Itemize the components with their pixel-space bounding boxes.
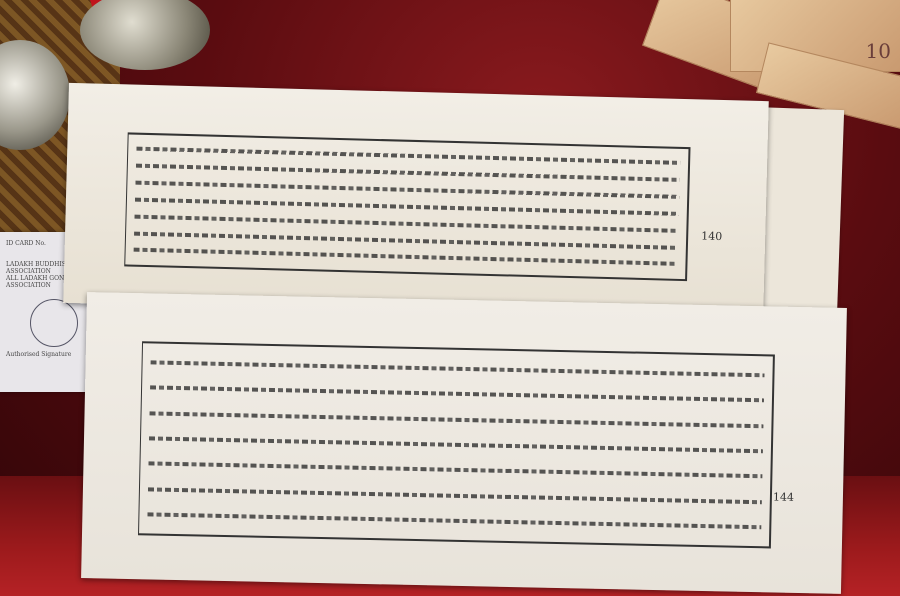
seal-stamp: [30, 299, 78, 347]
page-number: 140: [701, 229, 722, 243]
banknotes: 10: [640, 0, 900, 110]
text-frame: [124, 132, 690, 281]
manuscript-page-lower: 144: [81, 292, 847, 594]
banknote-denomination: 10: [866, 39, 891, 63]
manuscript-page-upper: 140: [63, 83, 769, 321]
page-number: 144: [773, 490, 794, 503]
text-frame: [138, 341, 775, 548]
photo-scene: 10 ID CARD No. LADAKH BUDDHIST ASSOCIATI…: [0, 0, 900, 596]
